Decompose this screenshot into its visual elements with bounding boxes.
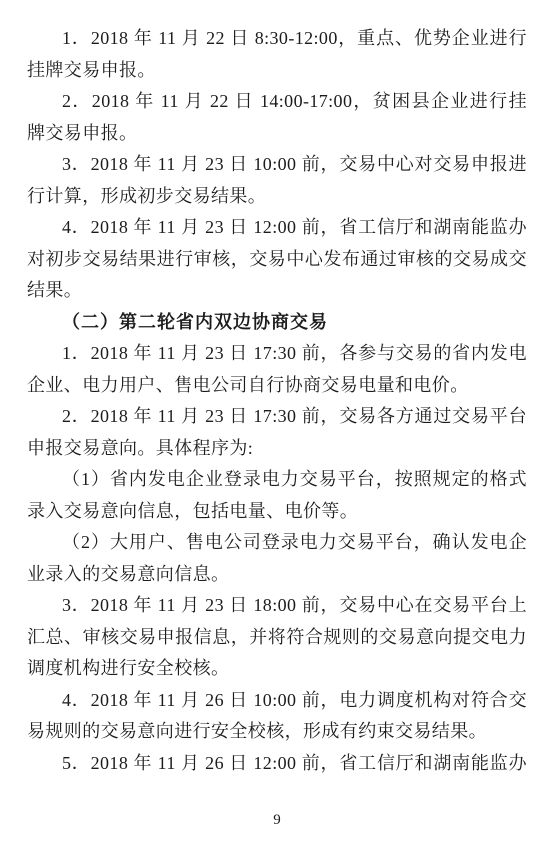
document-line: 行计算，形成初步交易结果。 — [27, 181, 527, 213]
document-line: 3．2018 年 11 月 23 日 10:00 前，交易中心对交易申报进 — [27, 149, 527, 181]
document-line: 1．2018 年 11 月 23 日 17:30 前，各参与交易的省内发电 — [27, 338, 527, 370]
document-line: 4．2018 年 11 月 23 日 12:00 前，省工信厅和湖南能监办 — [27, 212, 527, 244]
document-line: 1．2018 年 11 月 22 日 8:30-12:00，重点、优势企业进行 — [27, 23, 527, 55]
document-line: 4．2018 年 11 月 26 日 10:00 前，电力调度机构对符合交 — [27, 685, 527, 717]
document-line: 企业、电力用户、售电公司自行协商交易电量和电价。 — [27, 370, 527, 402]
document-line: （二）第二轮省内双边协商交易 — [27, 307, 527, 339]
document-line: 业录入的交易意向信息。 — [27, 559, 527, 591]
document-line: 易规则的交易意向进行安全校核，形成有约束交易结果。 — [27, 716, 527, 748]
document-line: 2．2018 年 11 月 23 日 17:30 前，交易各方通过交易平台 — [27, 401, 527, 433]
document-line: 对初步交易结果进行审核，交易中心发布通过审核的交易成交 — [27, 244, 527, 276]
document-line: 挂牌交易申报。 — [27, 55, 527, 87]
document-line: 5．2018 年 11 月 26 日 12:00 前，省工信厅和湖南能监办 — [27, 748, 527, 780]
document-line: 调度机构进行安全校核。 — [27, 653, 527, 685]
document-line: 录入交易意向信息，包括电量、电价等。 — [27, 496, 527, 528]
document-text-block: 1．2018 年 11 月 22 日 8:30-12:00，重点、优势企业进行挂… — [27, 23, 527, 779]
document-line: 3．2018 年 11 月 23 日 18:00 前，交易中心在交易平台上 — [27, 590, 527, 622]
page-number: 9 — [0, 810, 554, 830]
document-line: 结果。 — [27, 275, 527, 307]
document-line: 汇总、审核交易申报信息，并将符合规则的交易意向提交电力 — [27, 622, 527, 654]
document-line: （2）大用户、售电公司登录电力交易平台，确认发电企 — [27, 527, 527, 559]
document-line: （1）省内发电企业登录电力交易平台，按照规定的格式 — [27, 464, 527, 496]
document-page: 1．2018 年 11 月 22 日 8:30-12:00，重点、优势企业进行挂… — [0, 0, 554, 847]
document-line: 2．2018 年 11 月 22 日 14:00-17:00，贫困县企业进行挂 — [27, 86, 527, 118]
document-line: 申报交易意向。具体程序为: — [27, 433, 527, 465]
document-line: 牌交易申报。 — [27, 118, 527, 150]
